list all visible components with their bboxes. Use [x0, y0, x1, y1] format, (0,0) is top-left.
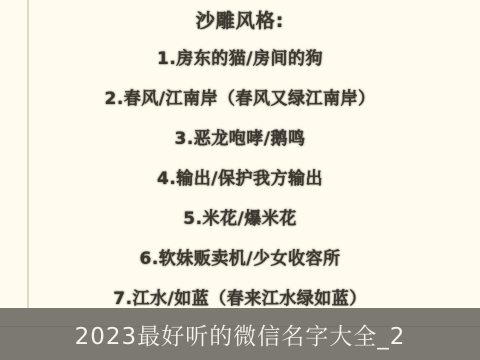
list-item: 4.输出/保护我方输出: [157, 168, 323, 191]
name-list-section: 沙雕风格: 1.房东的猫/房间的狗 2.春风/江南岸（春风又绿江南岸） 3.恶龙…: [0, 0, 480, 308]
article-image: 沙雕风格: 1.房东的猫/房间的狗 2.春风/江南岸（春风又绿江南岸） 3.恶龙…: [0, 0, 480, 360]
caption-bar: 2023最好听的微信名字大全_2: [0, 308, 480, 360]
list-item: 5.米花/爆米花: [183, 208, 297, 231]
list-item: 1.房东的猫/房间的狗: [157, 48, 323, 71]
list-item: 3.恶龙咆哮/鹅鸣: [175, 128, 306, 151]
page-title: 沙雕风格:: [196, 9, 285, 33]
caption-title: 2023最好听的微信名字大全_2: [75, 318, 406, 351]
name-list: 1.房东的猫/房间的狗 2.春风/江南岸（春风又绿江南岸） 3.恶龙咆哮/鹅鸣 …: [105, 48, 376, 311]
list-item: 2.春风/江南岸（春风又绿江南岸）: [105, 88, 376, 111]
list-item: 6.软妹贩卖机/少女收容所: [140, 248, 341, 271]
